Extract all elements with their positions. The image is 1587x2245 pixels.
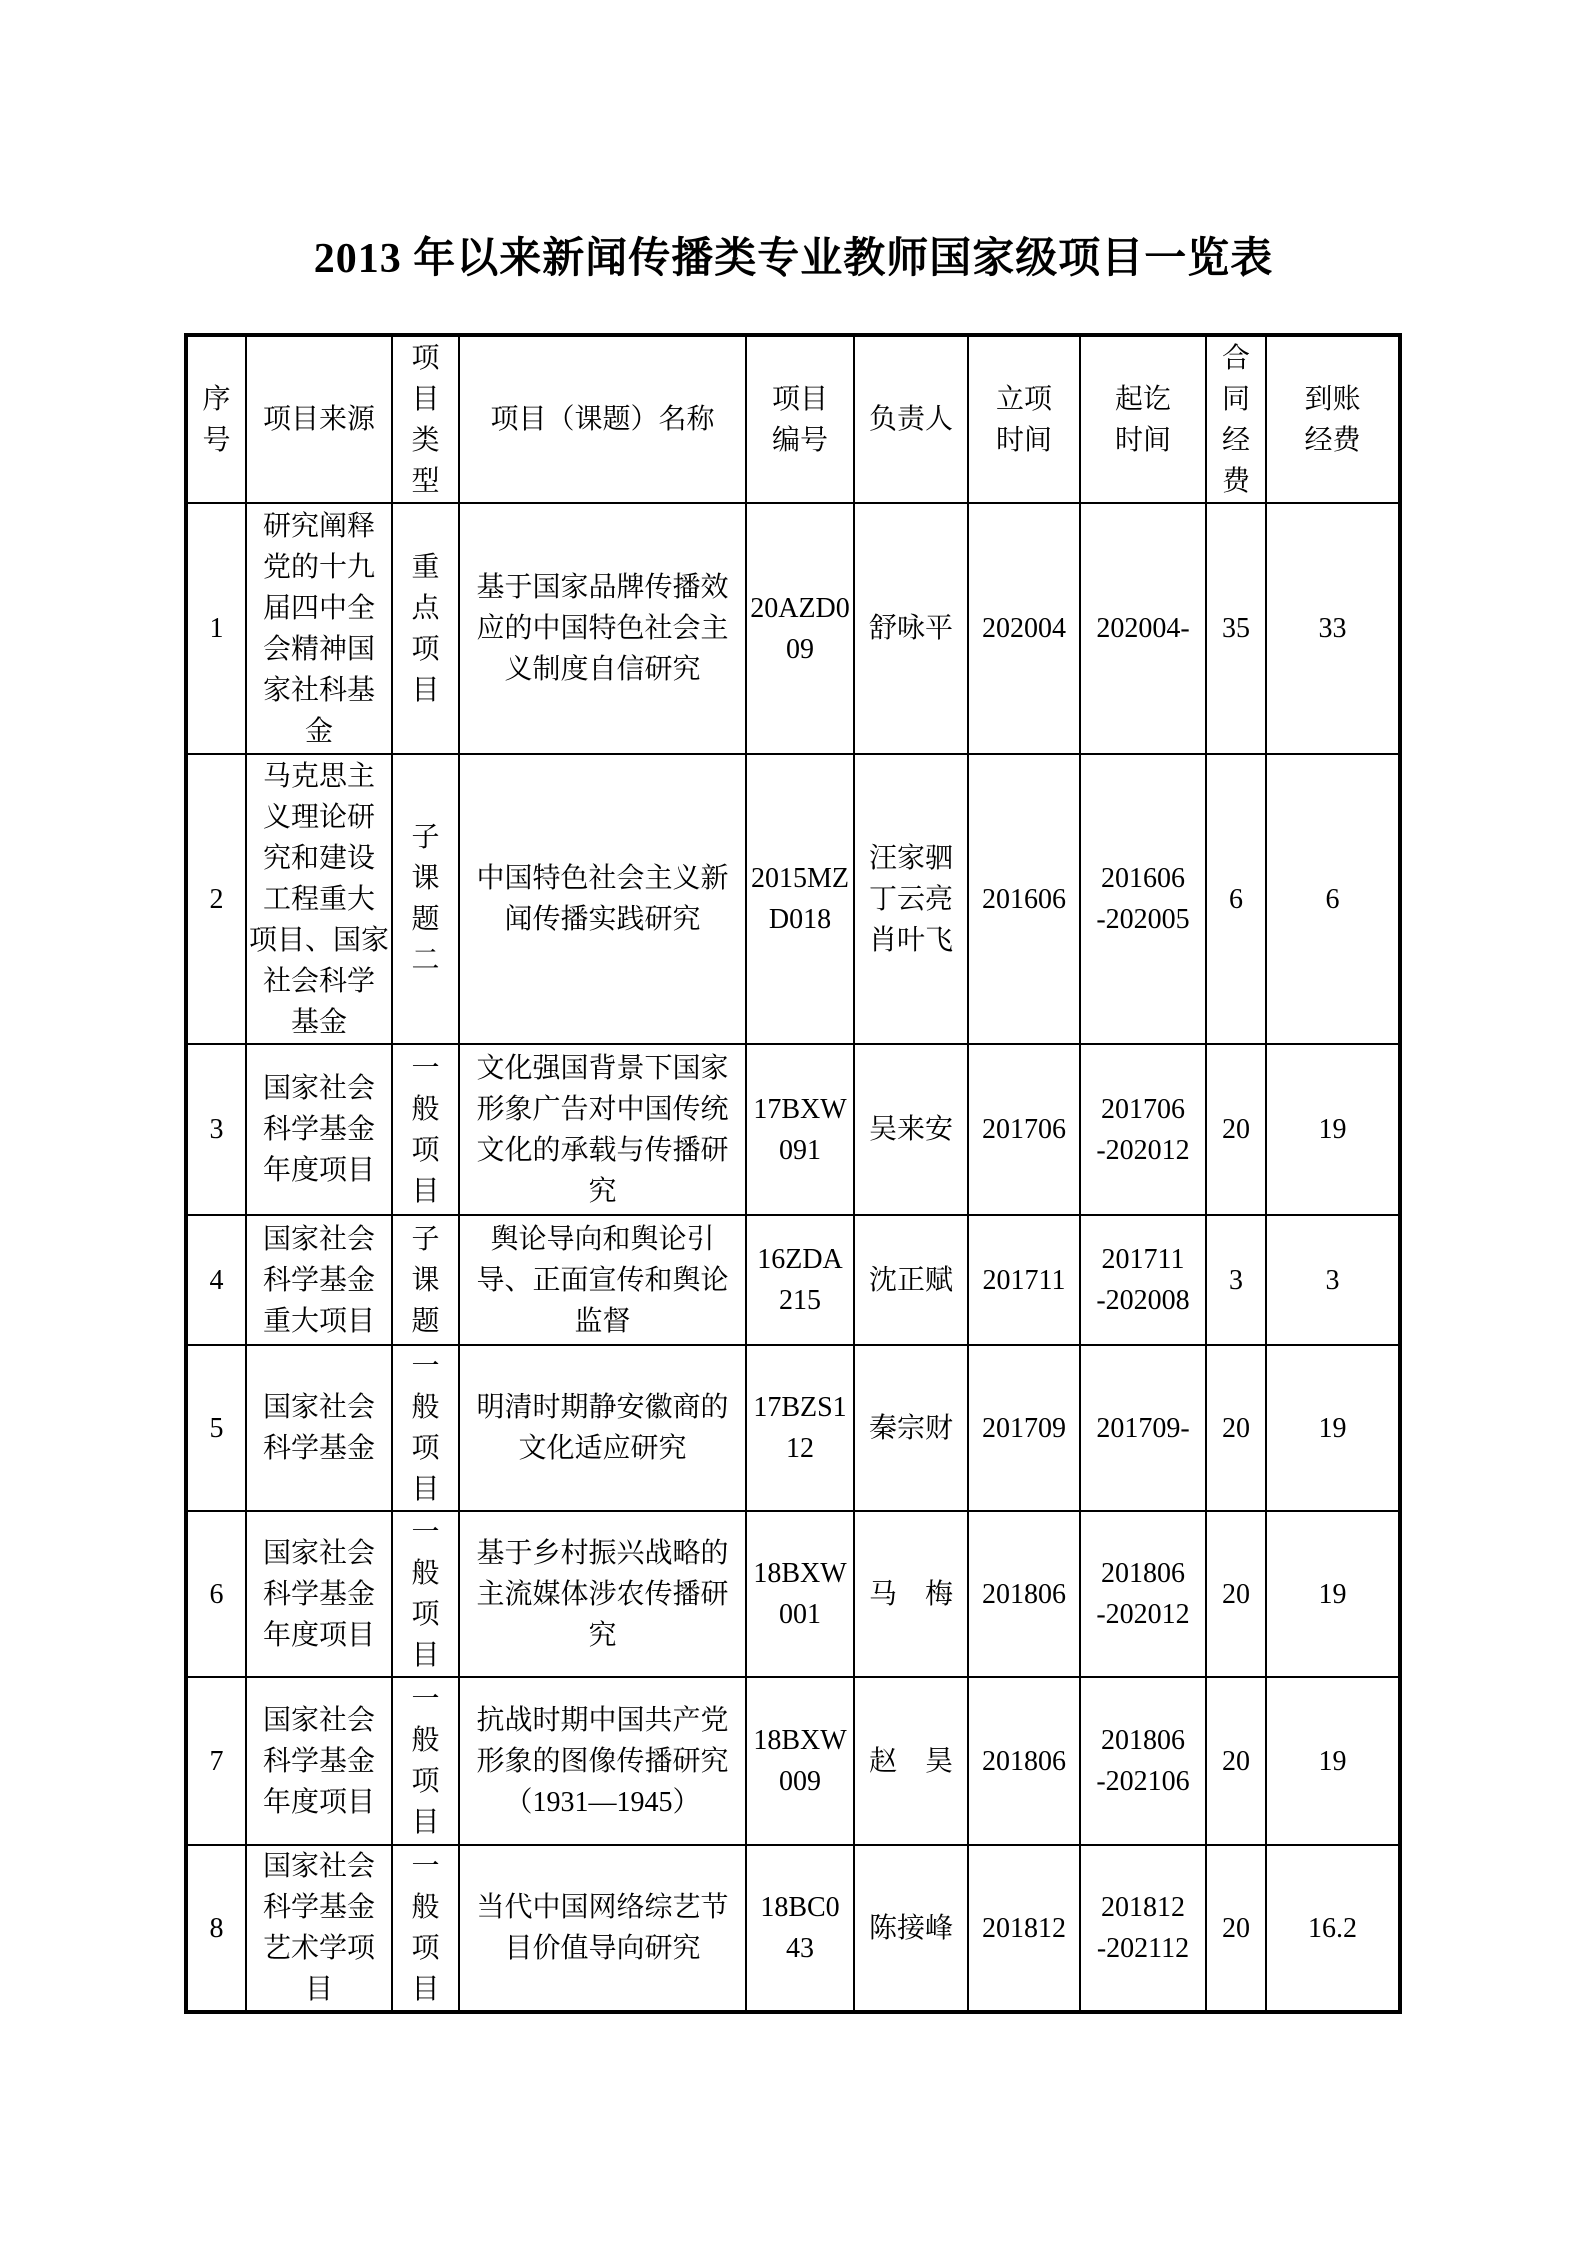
cell-leader: 汪家驷 丁云亮 肖叶飞	[854, 754, 968, 1044]
cell-type: 子 课 题 二	[392, 754, 459, 1044]
cell-contract: 3	[1206, 1215, 1266, 1345]
cell-index: 2	[186, 754, 246, 1044]
cell-contract: 20	[1206, 1511, 1266, 1677]
cell-type: 重 点 项 目	[392, 503, 459, 754]
cell-leader: 马 梅	[854, 1511, 968, 1677]
cell-duration: 201806 -202106	[1080, 1677, 1206, 1845]
cell-name: 明清时期静安徽商的 文化适应研究	[459, 1345, 746, 1511]
cell-type: 子 课 题	[392, 1215, 459, 1345]
cell-received: 33	[1266, 503, 1400, 754]
cell-start: 201706	[968, 1044, 1080, 1215]
col-header-start: 立项 时间	[968, 335, 1080, 503]
cell-start: 201606	[968, 754, 1080, 1044]
cell-code: 17BZS1 12	[746, 1345, 854, 1511]
document-page: 2013 年以来新闻传播类专业教师国家级项目一览表 序 号 项目来源 项 目 类…	[0, 0, 1587, 2245]
table-row: 5 国家社会 科学基金 一 般 项 目 明清时期静安徽商的 文化适应研究 17B…	[186, 1345, 1400, 1511]
cell-received: 6	[1266, 754, 1400, 1044]
table-row: 1 研究阐释 党的十九 届四中全 会精神国 家社科基 金 重 点 项 目 基于国…	[186, 503, 1400, 754]
cell-index: 5	[186, 1345, 246, 1511]
cell-duration: 201606 -202005	[1080, 754, 1206, 1044]
cell-start: 201709	[968, 1345, 1080, 1511]
table-row: 3 国家社会 科学基金 年度项目 一 般 项 目 文化强国背景下国家 形象广告对…	[186, 1044, 1400, 1215]
cell-received: 19	[1266, 1044, 1400, 1215]
col-header-type: 项 目 类 型	[392, 335, 459, 503]
cell-start: 202004	[968, 503, 1080, 754]
cell-contract: 20	[1206, 1345, 1266, 1511]
cell-duration: 202004-	[1080, 503, 1206, 754]
cell-source: 国家社会 科学基金	[246, 1345, 392, 1511]
cell-name: 基于乡村振兴战略的 主流媒体涉农传播研 究	[459, 1511, 746, 1677]
cell-code: 16ZDA 215	[746, 1215, 854, 1345]
cell-start: 201812	[968, 1845, 1080, 2012]
cell-duration: 201806 -202012	[1080, 1511, 1206, 1677]
cell-code: 2015MZ D018	[746, 754, 854, 1044]
cell-contract: 20	[1206, 1677, 1266, 1845]
cell-start: 201806	[968, 1677, 1080, 1845]
cell-leader: 陈接峰	[854, 1845, 968, 2012]
col-header-source: 项目来源	[246, 335, 392, 503]
cell-start: 201711	[968, 1215, 1080, 1345]
cell-duration: 201706 -202012	[1080, 1044, 1206, 1215]
cell-type: 一 般 项 目	[392, 1044, 459, 1215]
cell-start: 201806	[968, 1511, 1080, 1677]
col-header-contract: 合 同 经 费	[1206, 335, 1266, 503]
cell-contract: 20	[1206, 1845, 1266, 2012]
cell-source: 国家社会 科学基金 艺术学项 目	[246, 1845, 392, 2012]
cell-received: 19	[1266, 1345, 1400, 1511]
cell-source: 国家社会 科学基金 年度项目	[246, 1677, 392, 1845]
col-header-received: 到账 经费	[1266, 335, 1400, 503]
cell-index: 6	[186, 1511, 246, 1677]
table-row: 2 马克思主 义理论研 究和建设 工程重大 项目、国家 社会科学 基金 子 课 …	[186, 754, 1400, 1044]
cell-code: 17BXW 091	[746, 1044, 854, 1215]
cell-source: 国家社会 科学基金 年度项目	[246, 1044, 392, 1215]
cell-code: 18BC0 43	[746, 1845, 854, 2012]
cell-received: 3	[1266, 1215, 1400, 1345]
cell-name: 基于国家品牌传播效 应的中国特色社会主 义制度自信研究	[459, 503, 746, 754]
cell-type: 一 般 项 目	[392, 1677, 459, 1845]
cell-source: 国家社会 科学基金 重大项目	[246, 1215, 392, 1345]
col-header-leader: 负责人	[854, 335, 968, 503]
col-header-code: 项目 编号	[746, 335, 854, 503]
cell-name: 当代中国网络综艺节 目价值导向研究	[459, 1845, 746, 2012]
cell-received: 16.2	[1266, 1845, 1400, 2012]
cell-name: 抗战时期中国共产党 形象的图像传播研究 （1931—1945）	[459, 1677, 746, 1845]
col-header-index: 序 号	[186, 335, 246, 503]
cell-leader: 吴来安	[854, 1044, 968, 1215]
cell-source: 研究阐释 党的十九 届四中全 会精神国 家社科基 金	[246, 503, 392, 754]
cell-leader: 秦宗财	[854, 1345, 968, 1511]
projects-table: 序 号 项目来源 项 目 类 型 项目（课题）名称 项目 编号 负责人 立项 时…	[184, 333, 1402, 2014]
cell-name: 中国特色社会主义新 闻传播实践研究	[459, 754, 746, 1044]
cell-index: 4	[186, 1215, 246, 1345]
cell-type: 一 般 项 目	[392, 1511, 459, 1677]
col-header-duration: 起讫 时间	[1080, 335, 1206, 503]
cell-received: 19	[1266, 1511, 1400, 1677]
cell-type: 一 般 项 目	[392, 1345, 459, 1511]
cell-leader: 赵 昊	[854, 1677, 968, 1845]
cell-source: 国家社会 科学基金 年度项目	[246, 1511, 392, 1677]
cell-name: 文化强国背景下国家 形象广告对中国传统 文化的承载与传播研 究	[459, 1044, 746, 1215]
cell-leader: 沈正赋	[854, 1215, 968, 1345]
table-row: 4 国家社会 科学基金 重大项目 子 课 题 舆论导向和舆论引 导、正面宣传和舆…	[186, 1215, 1400, 1345]
cell-leader: 舒咏平	[854, 503, 968, 754]
table-row: 6 国家社会 科学基金 年度项目 一 般 项 目 基于乡村振兴战略的 主流媒体涉…	[186, 1511, 1400, 1677]
col-header-name: 项目（课题）名称	[459, 335, 746, 503]
cell-source: 马克思主 义理论研 究和建设 工程重大 项目、国家 社会科学 基金	[246, 754, 392, 1044]
table-row: 7 国家社会 科学基金 年度项目 一 般 项 目 抗战时期中国共产党 形象的图像…	[186, 1677, 1400, 1845]
cell-name: 舆论导向和舆论引 导、正面宣传和舆论 监督	[459, 1215, 746, 1345]
table-header-row: 序 号 项目来源 项 目 类 型 项目（课题）名称 项目 编号 负责人 立项 时…	[186, 335, 1400, 503]
cell-duration: 201812 -202112	[1080, 1845, 1206, 2012]
cell-contract: 6	[1206, 754, 1266, 1044]
cell-code: 20AZD0 09	[746, 503, 854, 754]
cell-contract: 20	[1206, 1044, 1266, 1215]
cell-index: 7	[186, 1677, 246, 1845]
cell-code: 18BXW 009	[746, 1677, 854, 1845]
cell-duration: 201711 -202008	[1080, 1215, 1206, 1345]
cell-code: 18BXW 001	[746, 1511, 854, 1677]
cell-index: 8	[186, 1845, 246, 2012]
cell-contract: 35	[1206, 503, 1266, 754]
table-row: 8 国家社会 科学基金 艺术学项 目 一 般 项 目 当代中国网络综艺节 目价值…	[186, 1845, 1400, 2012]
cell-index: 1	[186, 503, 246, 754]
cell-index: 3	[186, 1044, 246, 1215]
cell-duration: 201709-	[1080, 1345, 1206, 1511]
cell-received: 19	[1266, 1677, 1400, 1845]
cell-type: 一 般 项 目	[392, 1845, 459, 2012]
page-title: 2013 年以来新闻传播类专业教师国家级项目一览表	[0, 234, 1587, 284]
